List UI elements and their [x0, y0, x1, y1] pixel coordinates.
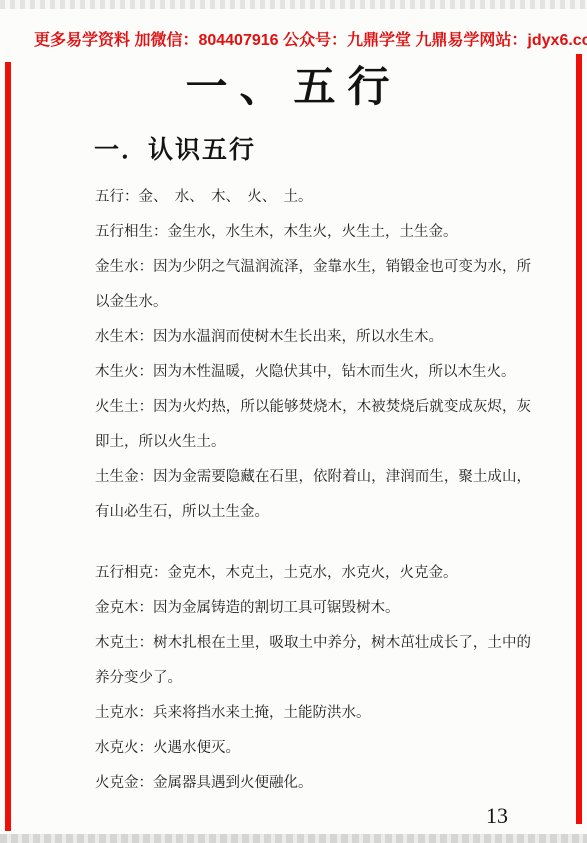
body-paragraph: 水克火：火遇水便灭。: [95, 731, 531, 766]
scan-edge-bottom: [0, 834, 587, 843]
body-paragraph: 金生水：因为少阴之气温润流泽，金靠水生，销锻金也可变为水，所以金生水。: [95, 250, 531, 320]
body-paragraph: 五行相克：金克木，木克土，土克水，水克火，火克金。: [95, 556, 531, 591]
body-paragraph: 土克水：兵来将挡水来土掩，土能防洪水。: [95, 696, 531, 731]
document-page: 更多易学资料 加微信：804407916 公众号：九鼎学堂 九鼎易学网站：jdy…: [0, 0, 587, 843]
promo-header-text: 更多易学资料 加微信：804407916 公众号：九鼎学堂 九鼎易学网站：jdy…: [34, 27, 571, 50]
scan-redbar-right: [576, 54, 582, 824]
body-paragraph: 火克金：金属器具遇到火便融化。: [95, 766, 531, 801]
scan-redbar-left: [5, 62, 11, 831]
body-paragraph: 木生火：因为木性温暖，火隐伏其中，钻木而生火，所以木生火。: [95, 355, 531, 390]
body-paragraph: 水生木：因为水温润而使树木生长出来，所以水生木。: [95, 320, 531, 355]
section-heading: 一．认识五行: [94, 130, 256, 166]
chapter-title: 一、五行: [0, 54, 587, 114]
page-number: 13: [486, 803, 508, 829]
body-text: 五行：金、 水、 木、 火、 土。五行相生：金生水，水生木，木生火，火生土，土生…: [95, 180, 531, 801]
body-paragraph: 五行相生：金生水，水生木，木生火，火生土，土生金。: [95, 215, 531, 250]
body-paragraph: 五行：金、 水、 木、 火、 土。: [95, 180, 531, 215]
body-paragraph: 火生土：因为火灼热，所以能够焚烧木，木被焚烧后就变成灰烬，灰即土，所以火生土。: [95, 390, 531, 460]
body-paragraph: 木克土：树木扎根在土里，吸取土中养分，树木茁壮成长了，土中的养分变少了。: [95, 626, 531, 696]
body-paragraph: 土生金：因为金需要隐藏在石里，依附着山，津润而生，聚土成山，有山必生石，所以土生…: [95, 460, 531, 530]
body-paragraph: 金克木：因为金属铸造的割切工具可锯毁树木。: [95, 591, 531, 626]
scan-edge-top: [0, 0, 587, 9]
